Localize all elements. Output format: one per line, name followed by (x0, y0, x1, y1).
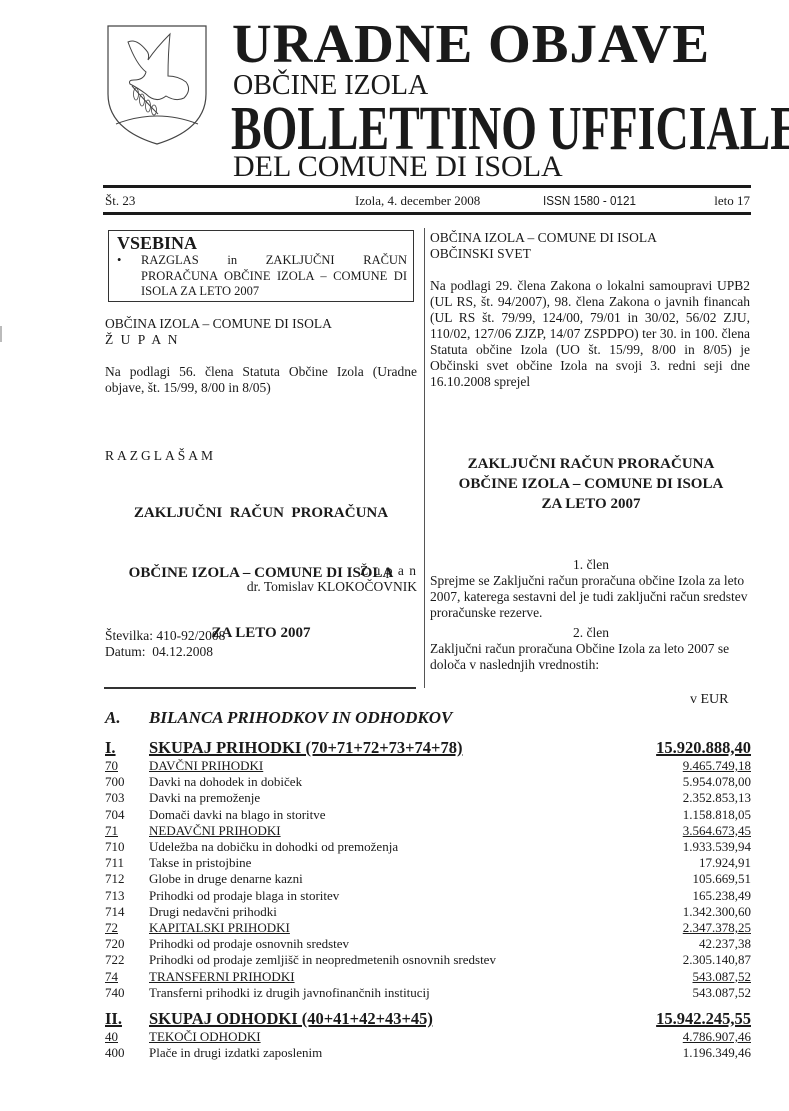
left-issuer-line1: OBČINA IZOLA – COMUNE DI ISOLA (105, 316, 417, 332)
scan-artifact (0, 326, 2, 342)
account-name: Udeležba na dobičku in dohodki od premož… (149, 839, 398, 855)
table-group-row: 72KAPITALSKI PRIHODKI2.347.378,25 (103, 920, 753, 936)
account-amount: 15.920.888,40 (656, 738, 751, 758)
account-amount: 2.305.140,87 (683, 952, 751, 968)
header-rule-bottom (103, 212, 751, 215)
table-group-row: 71NEDAVČNI PRIHODKI3.564.673,45 (103, 823, 753, 839)
signature-role: Ž u p a n (105, 563, 417, 579)
account-name: TRANSFERNI PRIHODKI (149, 969, 295, 985)
right-issuer-line2: OBČINSKI SVET (430, 246, 752, 262)
account-name: Davki na premoženje (149, 790, 260, 806)
table-row: 720Prihodki od prodaje osnovnih sredstev… (103, 936, 753, 952)
table-row: 703Davki na premoženje2.352.853,13 (103, 790, 753, 806)
account-code: 700 (105, 774, 125, 790)
account-name: Transferni prihodki iz drugih javnofinan… (149, 985, 430, 1001)
account-code: 711 (105, 855, 124, 871)
account-amount: 9.465.749,18 (683, 758, 751, 774)
account-name: TEKOČI ODHODKI (149, 1029, 261, 1045)
account-code: 40 (105, 1029, 118, 1045)
account-name: DAVČNI PRIHODKI (149, 758, 263, 774)
article-1-text: Sprejme se Zaključni račun proračuna obč… (430, 573, 752, 621)
account-code: 71 (105, 823, 118, 839)
account-code: 704 (105, 807, 125, 823)
table-row: 713Prihodki od prodaje blaga in storitev… (103, 888, 753, 904)
contents-heading: VSEBINA (117, 233, 197, 253)
account-code: 72 (105, 920, 118, 936)
account-name: Davki na dohodek in dobiček (149, 774, 302, 790)
right-issuer-line1: OBČINA IZOLA – COMUNE DI ISOLA (430, 230, 752, 246)
account-amount: 1.342.300,60 (683, 904, 751, 920)
issue-issn: ISSN 1580 - 0121 (543, 193, 636, 209)
document-reference: Številka: 410-92/2008 Datum: 04.12.2008 (105, 628, 417, 660)
issue-info-row: Št. 23 Izola, 4. december 2008 ISSN 1580… (105, 193, 750, 209)
contents-item-text[interactable]: RAZGLAS in ZAKLJUČNI RAČUN PRORAČUNA OBČ… (141, 253, 407, 300)
column-divider (424, 228, 425, 688)
table-row: 700Davki na dohodek in dobiček5.954.078,… (103, 774, 753, 790)
account-name: Prihodki od prodaje osnovnih sredstev (149, 936, 349, 952)
account-amount: 1.196.349,46 (683, 1045, 751, 1061)
table-group-row: 70DAVČNI PRIHODKI9.465.749,18 (103, 758, 753, 774)
article-2-text: Zaključni račun proračuna Občine Izola z… (430, 641, 752, 673)
account-name: KAPITALSKI PRIHODKI (149, 920, 290, 936)
account-amount: 42.237,38 (699, 936, 751, 952)
account-code: II. (105, 1009, 122, 1029)
account-amount: 17.924,91 (699, 855, 751, 871)
left-act-title-line1: ZAKLJUČNI RAČUN PRORAČUNA (105, 503, 417, 523)
account-code: 712 (105, 871, 125, 887)
account-code: 722 (105, 952, 125, 968)
account-name: Globe in druge denarne kazni (149, 871, 303, 887)
account-amount: 15.942.245,55 (656, 1009, 751, 1029)
proclaim-word: RAZGLAŠAM (105, 448, 216, 464)
account-name: Plače in drugi izdatki zaposlenim (149, 1045, 322, 1061)
table-row: 704Domači davki na blago in storitve1.15… (103, 807, 753, 823)
account-name: Takse in pristojbine (149, 855, 251, 871)
left-preamble: Na podlagi 56. člena Statuta Občine Izol… (105, 364, 417, 396)
document-number: Številka: 410-92/2008 (105, 628, 417, 644)
contents-box: VSEBINA • RAZGLAS in ZAKLJUČNI RAČUN PRO… (108, 230, 414, 302)
signature-block: Ž u p a n dr. Tomislav KLOKOČOVNIK (105, 563, 417, 595)
right-act-title-line3: ZA LETO 2007 (430, 494, 752, 514)
account-name: Drugi nedavčni prihodki (149, 904, 277, 920)
account-code: 720 (105, 936, 125, 952)
account-name: Prihodki od prodaje blaga in storitev (149, 888, 339, 904)
account-code: 74 (105, 969, 118, 985)
issue-place-date: Izola, 4. december 2008 (355, 193, 480, 209)
account-name: SKUPAJ PRIHODKI (70+71+72+73+74+78) (149, 738, 462, 758)
table-row: 712Globe in druge denarne kazni105.669,5… (103, 871, 753, 887)
masthead-subtitle-italian: DEL COMUNE DI ISOLA (233, 150, 563, 184)
table-row: 711Takse in pristojbine17.924,91 (103, 855, 753, 871)
issue-number: Št. 23 (105, 193, 135, 209)
account-code: 400 (105, 1045, 125, 1061)
masthead-title-slovene: URADNE OBJAVE (232, 14, 710, 74)
right-preamble: Na podlagi 29. člena Zakona o lokalni sa… (430, 278, 750, 390)
table-row: 400Plače in drugi izdatki zaposlenim1.19… (103, 1045, 753, 1061)
account-code: I. (105, 738, 116, 758)
account-name: NEDAVČNI PRIHODKI (149, 823, 281, 839)
table-total-row: I.SKUPAJ PRIHODKI (70+71+72+73+74+78)15.… (103, 738, 753, 758)
table-row: 740Transferni prihodki iz drugih javnofi… (103, 985, 753, 1001)
right-issuer: OBČINA IZOLA – COMUNE DI ISOLA OBČINSKI … (430, 230, 752, 262)
right-act-title-line1: ZAKLJUČNI RAČUN PRORAČUNA (430, 454, 752, 474)
table-group-row: 40TEKOČI ODHODKI4.786.907,46 (103, 1029, 753, 1045)
account-code: 713 (105, 888, 125, 904)
account-amount: 1.933.539,94 (683, 839, 751, 855)
account-code: 710 (105, 839, 125, 855)
account-amount: 105.669,51 (693, 871, 752, 887)
account-amount: 5.954.078,00 (683, 774, 751, 790)
table-row: 722Prihodki od prodaje zemljišč in neopr… (103, 952, 753, 968)
account-name: Domači davki na blago in storitve (149, 807, 326, 823)
account-code: 714 (105, 904, 125, 920)
left-column-end-rule (104, 687, 416, 689)
account-name: Prihodki od prodaje zemljišč in neopredm… (149, 952, 496, 968)
table-total-row: II.SKUPAJ ODHODKI (40+41+42+43+45)15.942… (103, 1009, 753, 1029)
table-row: 714Drugi nedavčni prihodki1.342.300,60 (103, 904, 753, 920)
account-amount: 543.087,52 (693, 969, 752, 985)
account-amount: 2.347.378,25 (683, 920, 751, 936)
table-row: 710Udeležba na dobičku in dohodki od pre… (103, 839, 753, 855)
account-code: 740 (105, 985, 125, 1001)
account-code: 70 (105, 758, 118, 774)
account-amount: 1.158.818,05 (683, 807, 751, 823)
account-name: SKUPAJ ODHODKI (40+41+42+43+45) (149, 1009, 433, 1029)
account-amount: 3.564.673,45 (683, 823, 751, 839)
account-amount: 4.786.907,46 (683, 1029, 751, 1045)
currency-note: v EUR (690, 692, 729, 708)
account-amount: 2.352.853,13 (683, 790, 751, 806)
account-amount: 165.238,49 (693, 888, 752, 904)
article-2-heading: 2. člen (430, 625, 752, 641)
article-1-heading: 1. člen (430, 557, 752, 573)
account-amount: 543.087,52 (693, 985, 752, 1001)
left-issuer: OBČINA IZOLA – COMUNE DI ISOLA Ž U P A N (105, 316, 417, 348)
document-date: Datum: 04.12.2008 (105, 644, 417, 660)
right-act-title: ZAKLJUČNI RAČUN PRORAČUNA OBČINE IZOLA –… (430, 454, 752, 514)
coat-of-arms-dove-icon (106, 24, 208, 146)
bullet-icon: • (117, 253, 121, 269)
account-code: 703 (105, 790, 125, 806)
signature-name: dr. Tomislav KLOKOČOVNIK (105, 579, 417, 595)
section-label: A. (105, 708, 121, 728)
issue-year: leto 17 (714, 193, 750, 209)
left-issuer-line2: Ž U P A N (105, 332, 417, 348)
header-rule-top (103, 185, 751, 188)
section-title: BILANCA PRIHODKOV IN ODHODKOV (149, 708, 452, 728)
right-act-title-line2: OBČINE IZOLA – COMUNE DI ISOLA (430, 474, 752, 494)
table-group-row: 74TRANSFERNI PRIHODKI543.087,52 (103, 969, 753, 985)
